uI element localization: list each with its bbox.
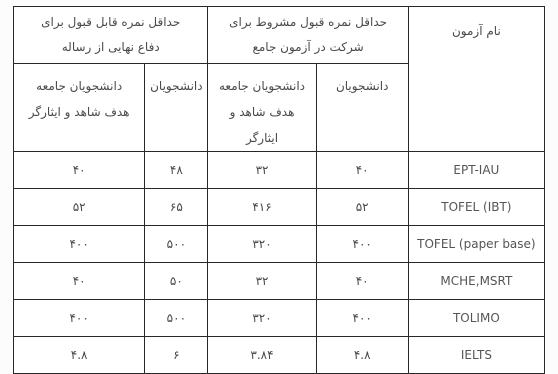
subheader-target-community-comprehensive: دانشجویان جامعه هدف شاهد و ایثارگر xyxy=(208,64,316,152)
comp-students-cell: ۴۰ xyxy=(316,263,408,300)
test-name-cell: IELTS xyxy=(408,337,544,355)
table-row-tofel-paper: TOFEL (paper base) ۴۰۰ ۳۲۰ ۵۰۰ ۴۰۰ xyxy=(14,226,545,263)
test-name-cell: MCHE,MSRT xyxy=(408,263,544,300)
table-row-tofel-ibt: TOFEL (IBT) ۵۲ ۴۱۶ ۶۵ ۵۲ xyxy=(14,189,545,226)
def-students-cell: ۵۰۰ xyxy=(145,226,208,263)
comp-target-cell: ۴۱۶ xyxy=(208,189,316,226)
def-students-cell: ۶ xyxy=(145,337,208,355)
comp-target-cell: ۳۲۰ xyxy=(208,226,316,263)
header-row-groups: نام آزمون حداقل نمره قبول مشروط برای شرک… xyxy=(14,7,545,64)
test-name-cell: TOFEL (IBT) xyxy=(408,189,544,226)
header-group-comprehensive-exam: حداقل نمره قبول مشروط برای شرکت در آزمون… xyxy=(208,7,408,64)
def-students-cell: ۶۵ xyxy=(145,189,208,226)
header-group-final-defense: حداقل نمره قابل قبول برای دفاع نهایی از … xyxy=(14,7,208,64)
def-target-cell: ۵۲ xyxy=(14,189,145,226)
subheader-students-defense: دانشجویان xyxy=(145,64,208,152)
def-students-cell: ۴۸ xyxy=(145,152,208,189)
comp-students-cell: ۵۲ xyxy=(316,189,408,226)
comp-target-cell: ۳۲۰ xyxy=(208,300,316,337)
def-target-cell: ۴۰ xyxy=(14,263,145,300)
table-row-ept-iau: EPT-IAU ۴۰ ۳۲ ۴۸ ۴۰ xyxy=(14,152,545,189)
table-row-ielts: IELTS ۴.۸ ۳.۸۴ ۶ ۴.۸ xyxy=(14,337,545,355)
comp-students-cell: ۴.۸ xyxy=(316,337,408,355)
comp-target-cell: ۳۲ xyxy=(208,152,316,189)
def-target-cell: ۴۰ xyxy=(14,152,145,189)
test-name-cell: EPT-IAU xyxy=(408,152,544,189)
comp-students-cell: ۴۰۰ xyxy=(316,300,408,337)
table-row-tolimo: TOLIMO ۴۰۰ ۳۲۰ ۵۰۰ ۴۰۰ xyxy=(14,300,545,337)
test-name-cell: TOLIMO xyxy=(408,300,544,337)
def-students-cell: ۵۰ xyxy=(145,263,208,300)
header-test-name: نام آزمون xyxy=(408,7,544,152)
def-target-cell: ۴۰۰ xyxy=(14,226,145,263)
comp-target-cell: ۳۲ xyxy=(208,263,316,300)
min-score-table: نام آزمون حداقل نمره قبول مشروط برای شرک… xyxy=(13,6,545,354)
comp-students-cell: ۴۰۰ xyxy=(316,226,408,263)
subheader-students-comprehensive: دانشجویان xyxy=(316,64,408,152)
comp-students-cell: ۴۰ xyxy=(316,152,408,189)
table-row-mche-msrt: MCHE,MSRT ۴۰ ۳۲ ۵۰ ۴۰ xyxy=(14,263,545,300)
def-target-cell: ۴.۸ xyxy=(14,337,145,355)
def-target-cell: ۴۰۰ xyxy=(14,300,145,337)
def-students-cell: ۵۰۰ xyxy=(145,300,208,337)
test-name-cell: TOFEL (paper base) xyxy=(408,226,544,263)
comp-target-cell: ۳.۸۴ xyxy=(208,337,316,355)
subheader-target-community-defense: دانشجویان جامعه هدف شاهد و ایثارگر xyxy=(14,64,145,152)
